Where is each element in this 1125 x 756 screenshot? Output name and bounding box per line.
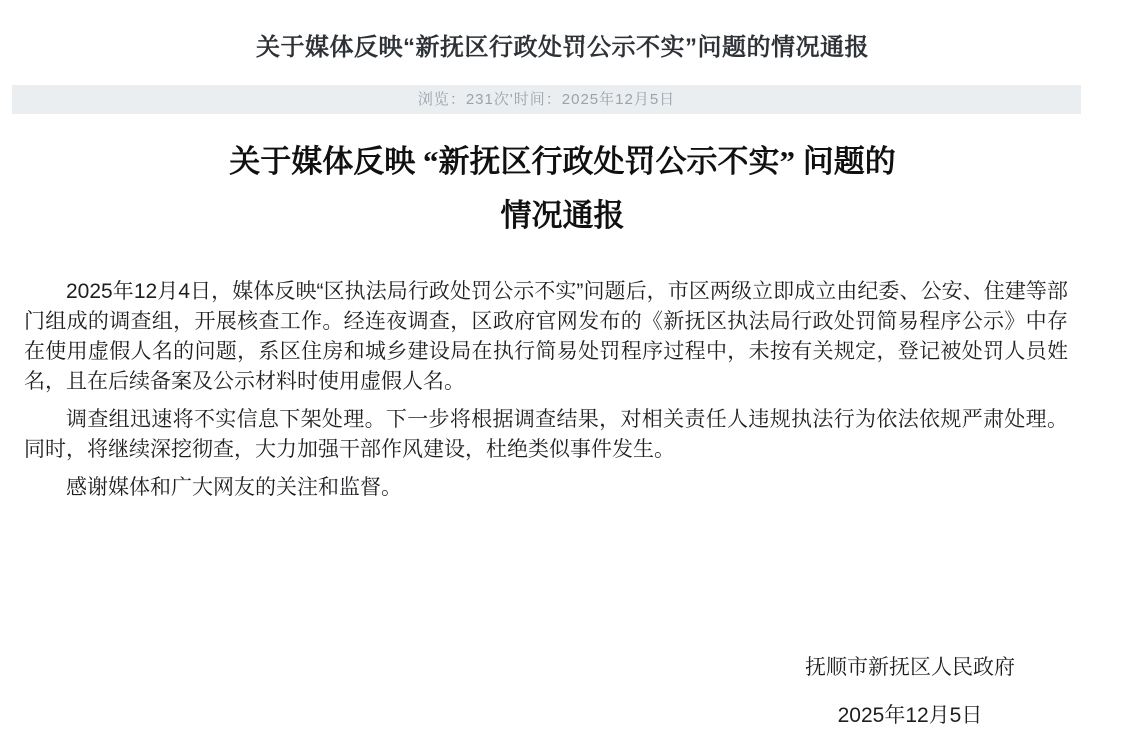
article-title-line2: 情况通报 [0, 189, 1125, 243]
article-paragraph: 调查组迅速将不实信息下架处理。下一步将根据调查结果，对相关责任人违规执法行为依法… [24, 405, 1068, 465]
signature-author: 抚顺市新抚区人民政府 [760, 653, 1060, 683]
page-title: 关于媒体反映“新抚区行政处罚公示不实”问题的情况通报 [0, 0, 1125, 63]
meta-bar: 浏览：231次'时间：2025年12月5日 [12, 85, 1081, 114]
time-label: 时间： [514, 91, 562, 108]
article-paragraph: 感谢媒体和广大网友的关注和监督。 [24, 473, 1068, 503]
notice-page: 关于媒体反映“新抚区行政处罚公示不实”问题的情况通报 浏览：231次'时间：20… [0, 0, 1125, 756]
article-paragraph: 2025年12月4日，媒体反映“区执法局行政处罚公示不实”问题后，市区两级立即成… [24, 277, 1068, 397]
time-value: 2025年12月5日 [562, 91, 675, 108]
article-title-line1: 关于媒体反映 “新抚区行政处罚公示不实” 问题的 [0, 135, 1125, 189]
signature-block: 抚顺市新抚区人民政府 2025年12月5日 [760, 653, 1060, 731]
views-count: 231次 [466, 91, 510, 108]
article-title: 关于媒体反映 “新抚区行政处罚公示不实” 问题的 情况通报 [0, 135, 1125, 243]
views-label: 浏览： [418, 91, 466, 108]
signature-date: 2025年12月5日 [760, 701, 1060, 731]
article-body: 2025年12月4日，媒体反映“区执法局行政处罚公示不实”问题后，市区两级立即成… [24, 277, 1068, 503]
